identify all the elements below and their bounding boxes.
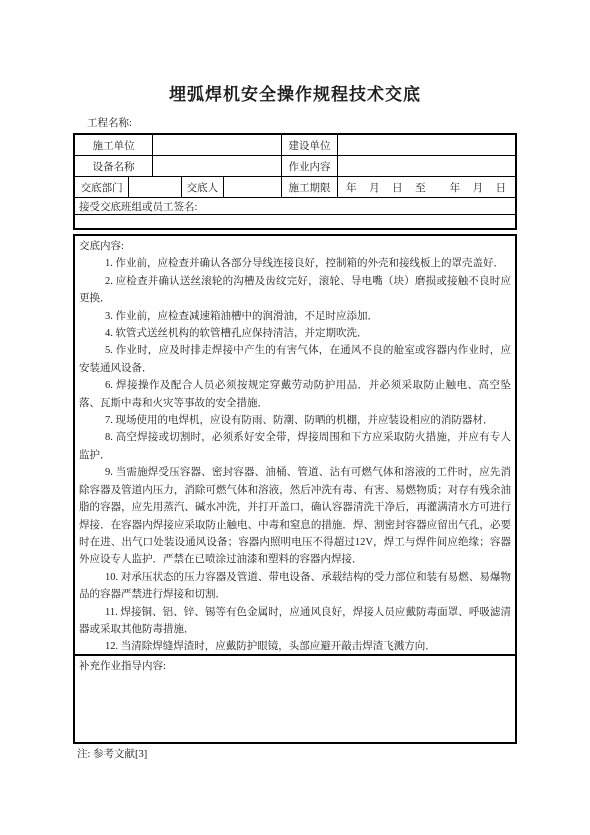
document-sheet: 埋弧焊机安全操作规程技术交底 工程名称: 施工单位 建设单位 设备名称 作业内容… bbox=[73, 0, 517, 761]
project-name-label: 工程名称: bbox=[87, 117, 517, 130]
disclosure-dept-value[interactable] bbox=[129, 177, 182, 198]
construction-unit-label: 施工单位 bbox=[74, 134, 153, 156]
supplement-input-area[interactable] bbox=[79, 675, 511, 735]
disclosure-item: 11. 焊接铜、铝、锌、锡等有色金属时，应通风良好，焊接人员应戴防毒面罩、呼吸滤… bbox=[79, 604, 511, 639]
disclosure-item: 7. 现场使用的电焊机，应设有防雨、防潮、防晒的机棚，并应装设相应的消防器材． bbox=[79, 412, 511, 429]
disclosure-item: 5. 作业时，应及时排走焊接中产生的有害气体，在通风不良的舱室或容器内作业时，应… bbox=[79, 342, 511, 377]
disclosure-item: 6. 焊接操作及配合人员必须按规定穿戴劳动防护用品．并必须采取防止触电、高空坠落… bbox=[79, 377, 511, 412]
disclosure-dept-label: 交底部门 bbox=[74, 177, 129, 198]
table-row: 接受交底班组或员工签名: bbox=[74, 198, 516, 215]
equipment-name-label: 设备名称 bbox=[74, 156, 153, 177]
info-table: 施工单位 建设单位 设备名称 作业内容 交底部门 交底人 施工期限 年 月 日 … bbox=[73, 133, 517, 230]
signature-label: 接受交底班组或员工签名: bbox=[74, 198, 516, 215]
discloser-label: 交底人 bbox=[181, 177, 223, 198]
signature-area[interactable] bbox=[74, 215, 516, 230]
supplement-box: 补充作业指导内容: bbox=[73, 654, 517, 744]
disclosure-content-heading: 交底内容: bbox=[79, 238, 511, 255]
disclosure-item: 1. 作业前，应检查并确认各部分导线连接良好，控制箱的外壳和接线板上的罩壳盖好． bbox=[79, 255, 511, 272]
disclosure-item: 8. 高空焊接或切割时，必须系好安全带，焊接周围和下方应采取防火措施，并应有专人… bbox=[79, 429, 511, 464]
construction-unit-value[interactable] bbox=[153, 134, 282, 156]
owner-unit-label: 建设单位 bbox=[281, 134, 338, 156]
owner-unit-value[interactable] bbox=[338, 134, 516, 156]
table-row: 设备名称 作业内容 bbox=[74, 156, 516, 177]
table-row: 施工单位 建设单位 bbox=[74, 134, 516, 156]
disclosure-item: 2. 应检查并确认送丝滚轮的沟槽及齿纹完好，滚轮、导电嘴（块）磨损或接触不良时应… bbox=[79, 273, 511, 308]
reference-note: 注: 参考文献[3] bbox=[77, 748, 517, 761]
disclosure-item: 3. 作业前，应检查减速箱油槽中的润滑油，不足时应添加． bbox=[79, 308, 511, 325]
disclosure-item: 9. 当需施焊受压容器、密封容器、油桶、管道、沾有可燃气体和溶液的工件时，应先消… bbox=[79, 464, 511, 568]
disclosure-item: 4. 软管式送丝机构的软管槽孔应保持清洁，并定期吹洗． bbox=[79, 325, 511, 342]
work-content-value[interactable] bbox=[338, 156, 516, 177]
construction-period-label: 施工期限 bbox=[281, 177, 338, 198]
disclosure-item: 10. 对承压状态的压力容器及管道、带电设备、承载结构的受力部位和装有易燃、易爆… bbox=[79, 569, 511, 604]
construction-period-value[interactable]: 年 月 日 至 年 月 日 bbox=[338, 177, 516, 198]
supplement-heading: 补充作业指导内容: bbox=[79, 658, 511, 675]
disclosure-content-box: 交底内容: 1. 作业前，应检查并确认各部分导线连接良好，控制箱的外壳和接线板上… bbox=[73, 234, 517, 656]
table-row bbox=[74, 215, 516, 230]
equipment-name-value[interactable] bbox=[153, 156, 282, 177]
page-title: 埋弧焊机安全操作规程技术交底 bbox=[73, 86, 517, 104]
work-content-label: 作业内容 bbox=[281, 156, 338, 177]
discloser-value[interactable] bbox=[223, 177, 281, 198]
table-row: 交底部门 交底人 施工期限 年 月 日 至 年 月 日 bbox=[74, 177, 516, 198]
